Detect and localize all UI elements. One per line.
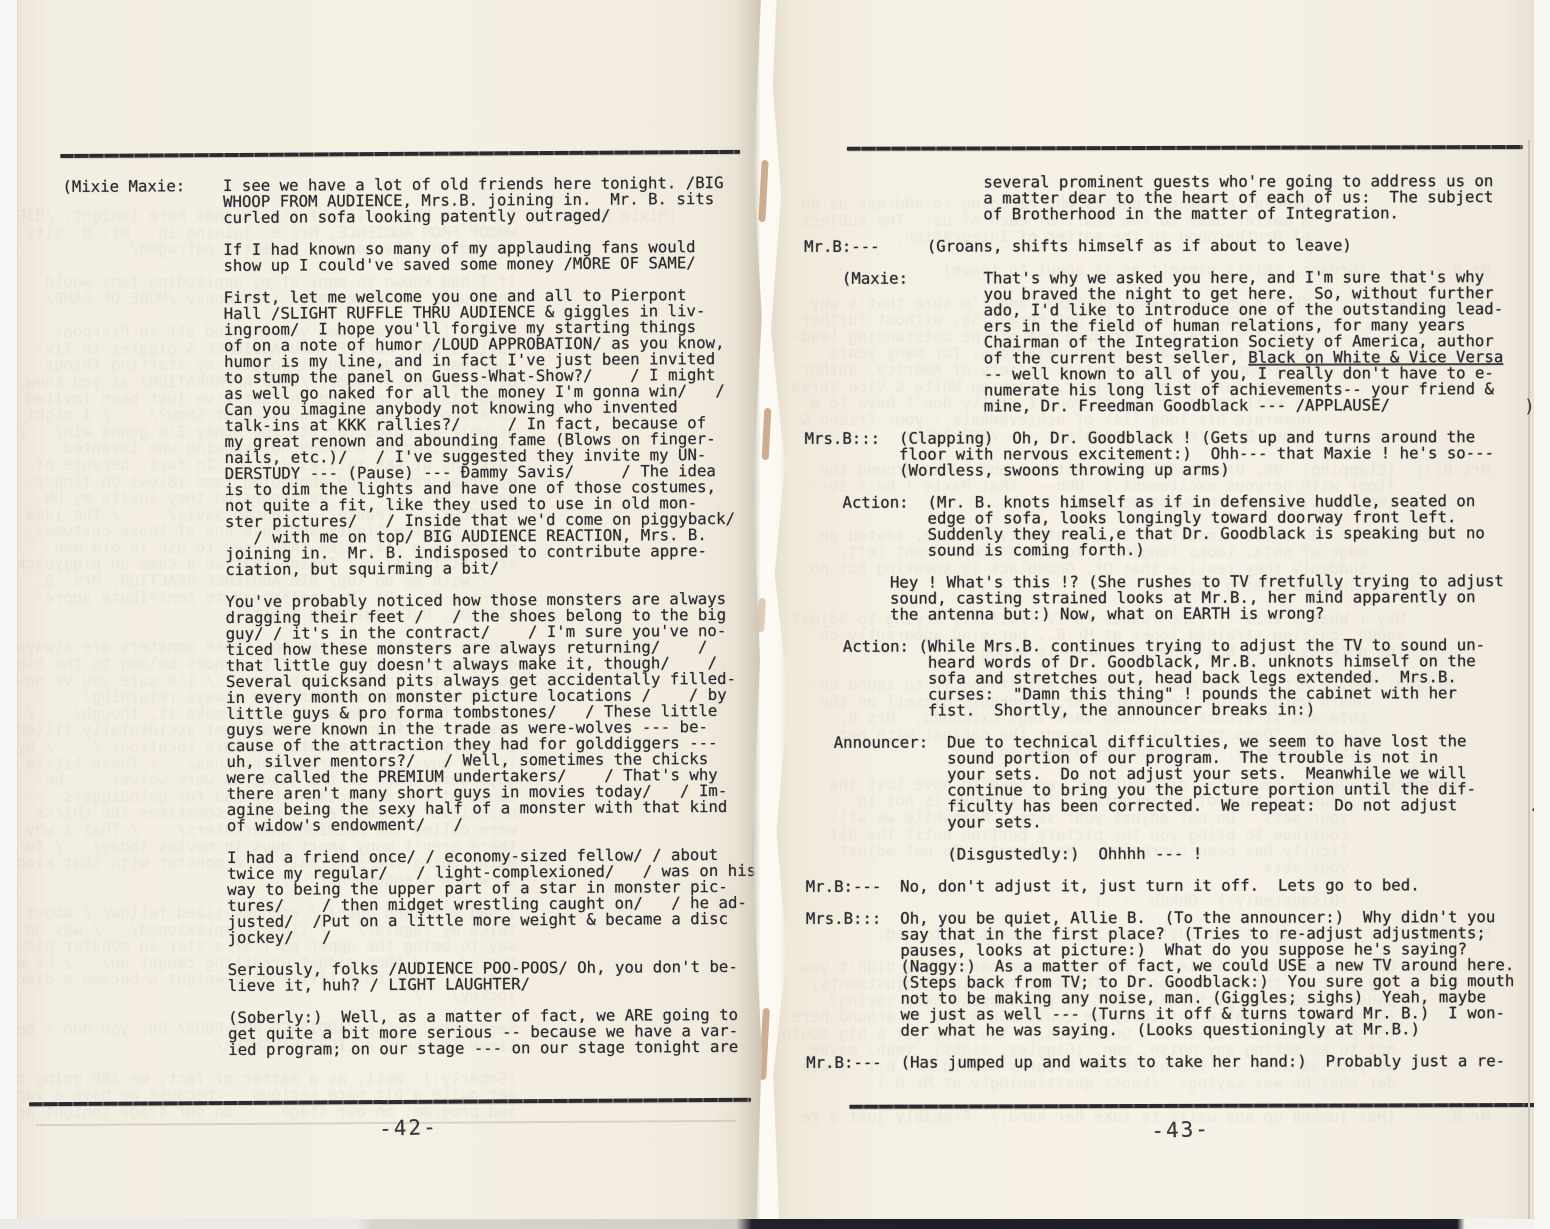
torn-edge-fleck: [758, 160, 768, 222]
right-page-top-rule: [847, 145, 1523, 151]
right-page: several prominent guests who're going to…: [762, 0, 1534, 1219]
left-page-text: (Mixie Maxie: I see we have a lot of old…: [62, 175, 757, 1059]
right-page-bottom-rule: [849, 1103, 1539, 1109]
right-page-number: -43-: [1151, 1117, 1210, 1143]
left-page-bottom-rule: [29, 1098, 751, 1106]
scanner-margin-right: [1534, 0, 1550, 1229]
torn-edge-fleck: [762, 408, 772, 460]
right-page-text: several prominent guests who're going to…: [804, 173, 1515, 1071]
right-page-content: several prominent guests who're going to…: [760, 0, 1535, 1220]
left-page-text-block: (Mixie Maxie: I see we have a lot of old…: [62, 175, 757, 1059]
left-page: (Mixie Maxie: I see we have a lot of old…: [18, 0, 762, 1219]
scanned-book-spread: (Mixie Maxie: I see we have a lot of old…: [0, 0, 1550, 1229]
scanner-bottom-edge: [0, 1219, 1550, 1229]
left-page-content: (Mixie Maxie: I see we have a lot of old…: [14, 0, 765, 1221]
right-page-text-block: several prominent guests who're going to…: [804, 173, 1515, 1071]
left-page-top-rule: [60, 150, 740, 158]
page-edge-line: [1528, 140, 1530, 1220]
left-page-number: -42-: [379, 1115, 438, 1141]
